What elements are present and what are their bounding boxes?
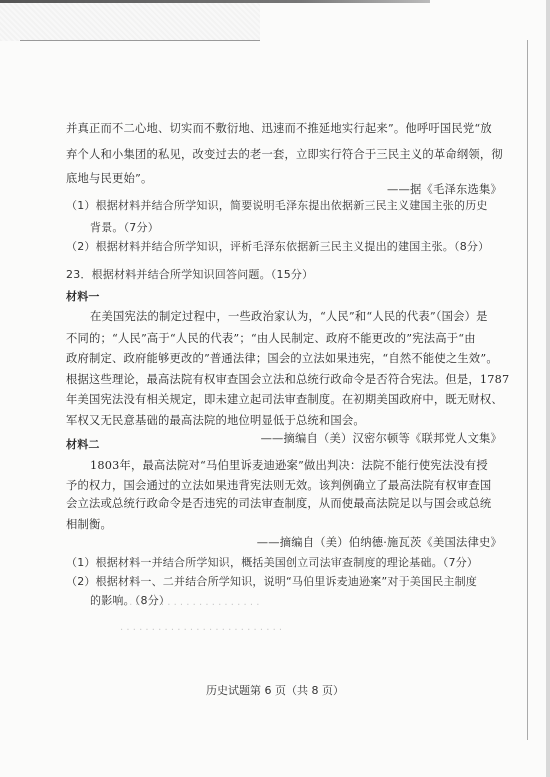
subquestion-2-cont: 的影响。（8分）	[90, 594, 170, 608]
material-text-line: 相制衡。	[66, 518, 112, 532]
material-text-line: 军权又无民意基础的最高法院的地位明显低于总统和国会。	[66, 414, 365, 428]
material-text-line: 根据这些理论，最高法院有权审查国会立法和总统行政命令是否符合宪法。但是，1787	[66, 373, 509, 387]
material-text-line: 弃个人和小集团的私见，改变过去的老一套，立即实行符合于三民主义的革命纲领，彻	[66, 148, 503, 162]
bleed-through-text: · · · · · · · · · · · · · · · · · · · · …	[120, 625, 282, 636]
citation-source: ——摘编自（美）伯纳德·施瓦茨《美国法律史》	[257, 536, 502, 550]
page-top-shade	[0, 3, 260, 41]
question-23-title: 23．根据材料并结合所学知识回答问题。（15分）	[66, 268, 313, 282]
material-text-line: 底地与民更始”。	[66, 172, 152, 186]
material-text-line: 1803年，最高法院对“马伯里诉麦迪逊案”做出判决：法院不能行使宪法没有授	[90, 459, 488, 473]
subquestion-2: （2）根据材料一、二并结合所学知识，说明“马伯里诉麦迪逊案”对于美国民主制度	[66, 575, 477, 589]
binding-margin-rule	[527, 40, 528, 740]
material-text-line: 并真正而不二心地、切实而不敷衍地、迅速而不推延地实行起来”。他呼吁国民党“放	[66, 122, 492, 136]
material-text-line: 政府制定、政府能够更改的”普通法律；国会的立法如果违宪，“自然不能使之生效”。	[66, 352, 498, 366]
page-top-rule	[20, 40, 260, 41]
subquestion-2: （2）根据材料并结合所学知识，评析毛泽东依据新三民主义提出的建国主张。（8分）	[66, 240, 489, 254]
material-text-line: 会立法或总统行政命令是否违宪的司法审查制度，从而使最高法院足以与国会或总统	[66, 497, 491, 511]
citation-source: ——摘编自（美）汉密尔顿等《联邦党人文集》	[261, 432, 502, 446]
material-2-label: 材料二	[66, 438, 100, 452]
page-right-edge	[546, 0, 550, 777]
subquestion-1: （1）根据材料并结合所学知识，简要说明毛泽东提出依据新三民主义建国主张的历史	[66, 199, 488, 213]
subquestion-1: （1）根据材料一并结合所学知识，概括美国创立司法审查制度的理论基础。（7分）	[66, 556, 478, 570]
material-text-line: 予的权力，国会通过的立法如果违背宪法则无效。该判例确立了最高法院有权审查国	[66, 479, 491, 493]
citation-source: ——据《毛泽东选集》	[387, 183, 502, 197]
material-1-label: 材料一	[66, 290, 100, 304]
page-footer: 历史试题第 6 页（共 8 页）	[0, 682, 550, 698]
material-text-line: 年美国宪法没有相关规定，即未建立起司法审查制度。在初期美国政府中，既无财权、	[66, 393, 503, 407]
subquestion-1-cont: 背景。（7分）	[90, 221, 159, 235]
material-text-line: 不同的；“人民”高于“人民的代表”；“由人民制定、政府不能更改的”宪法高于“由	[66, 332, 476, 346]
material-text-line: 在美国宪法的制定过程中，一些政治家认为，“人民”和“人民的代表”（国会）是	[90, 310, 488, 324]
